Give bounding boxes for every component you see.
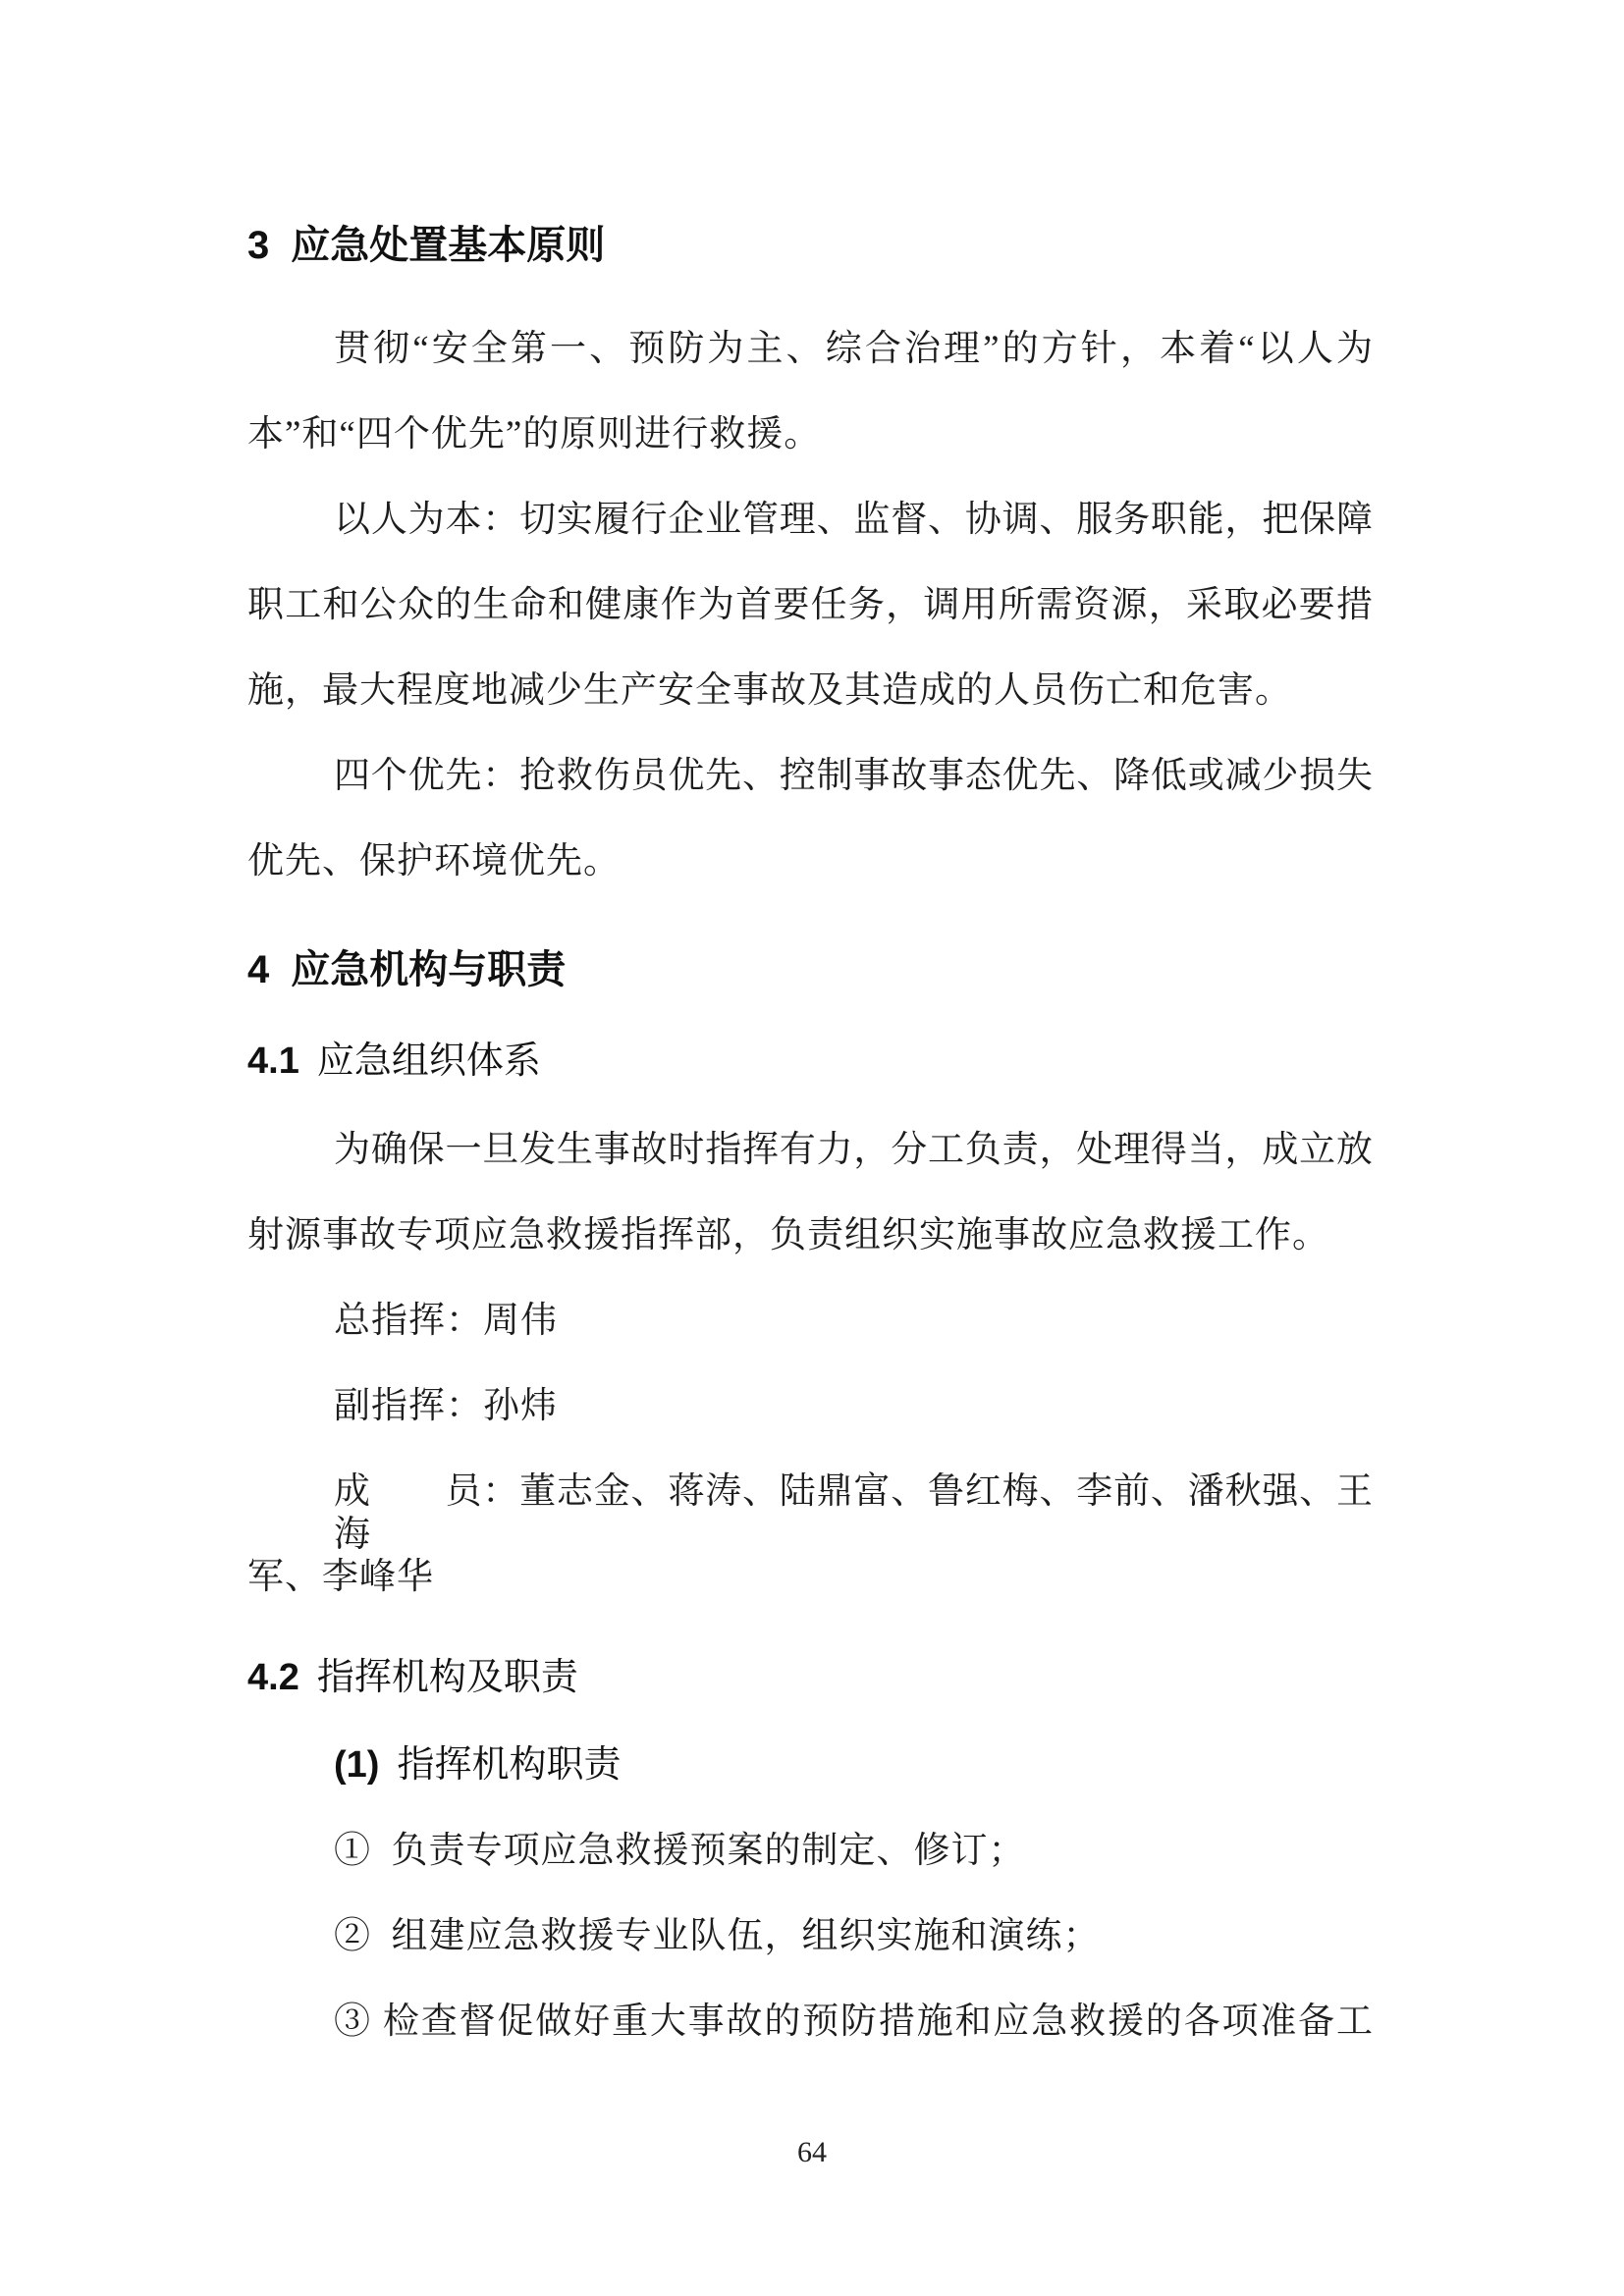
paragraph-line: 优先、保护环境优先。 <box>247 840 1373 883</box>
commander-line: 总指挥：周伟 <box>247 1300 1373 1343</box>
heading-section-3: 3应急处置基本原则 <box>247 224 605 267</box>
heading-section-4-2-number: 4.2 <box>247 1657 299 1698</box>
paragraph-line: 射源事故专项应急救援指挥部，负责组织实施事故应急救援工作。 <box>247 1214 1373 1257</box>
subitem-1-heading: (1)指挥机构职责 <box>334 1744 621 1788</box>
list-item-circled-1: ① 负责专项应急救援预案的制定、修订； <box>247 1830 1373 1873</box>
page-number: 64 <box>733 2136 891 2169</box>
paragraph-line: 为确保一旦发生事故时指挥有力，分工负责，处理得当，成立放 <box>247 1129 1373 1172</box>
paragraph-line: 四个优先：抢救伤员优先、控制事故事态优先、降低或减少损失 <box>247 755 1373 798</box>
document-page: 3应急处置基本原则 贯彻“安全第一、预防为主、综合治理”的方针，本着“以人为 本… <box>0 0 1624 2296</box>
heading-section-4-title: 应急机构与职责 <box>291 948 566 991</box>
heading-section-4-1-title: 应急组织体系 <box>317 1041 541 1082</box>
paragraph-line: 以人为本：切实履行企业管理、监督、协调、服务职能，把保障 <box>247 499 1373 542</box>
paragraph-line: 施，最大程度地减少生产安全事故及其造成的人员伤亡和危害。 <box>247 669 1373 713</box>
members-line: 成 员：董志金、蒋涛、陆鼎富、鲁红梅、李前、潘秋强、王海 <box>247 1470 1373 1556</box>
deputy-commander-line: 副指挥：孙炜 <box>247 1385 1373 1428</box>
subitem-1-number: (1) <box>334 1744 379 1786</box>
heading-section-4-number: 4 <box>247 948 269 991</box>
heading-section-4: 4应急机构与职责 <box>247 948 566 991</box>
heading-section-4-1: 4.1应急组织体系 <box>247 1041 541 1084</box>
list-item-circled-3: ③ 检查督促做好重大事故的预防措施和应急救援的各项准备工 <box>247 2001 1373 2044</box>
heading-section-3-title: 应急处置基本原则 <box>291 224 605 267</box>
heading-section-3-number: 3 <box>247 224 269 267</box>
paragraph-line: 职工和公众的生命和健康作为首要任务，调用所需资源，采取必要措 <box>247 584 1373 627</box>
heading-section-4-2: 4.2指挥机构及职责 <box>247 1657 578 1700</box>
list-item-circled-2: ② 组建应急救援专业队伍，组织实施和演练； <box>247 1915 1373 1958</box>
members-line-continued: 军、李峰华 <box>247 1556 1373 1599</box>
heading-section-4-2-title: 指挥机构及职责 <box>317 1657 578 1698</box>
subitem-1-title: 指挥机构职责 <box>397 1744 621 1786</box>
heading-section-4-1-number: 4.1 <box>247 1041 299 1082</box>
paragraph-line: 本”和“四个优先”的原则进行救援。 <box>247 413 1373 456</box>
paragraph-line: 贯彻“安全第一、预防为主、综合治理”的方针，本着“以人为 <box>247 328 1373 371</box>
